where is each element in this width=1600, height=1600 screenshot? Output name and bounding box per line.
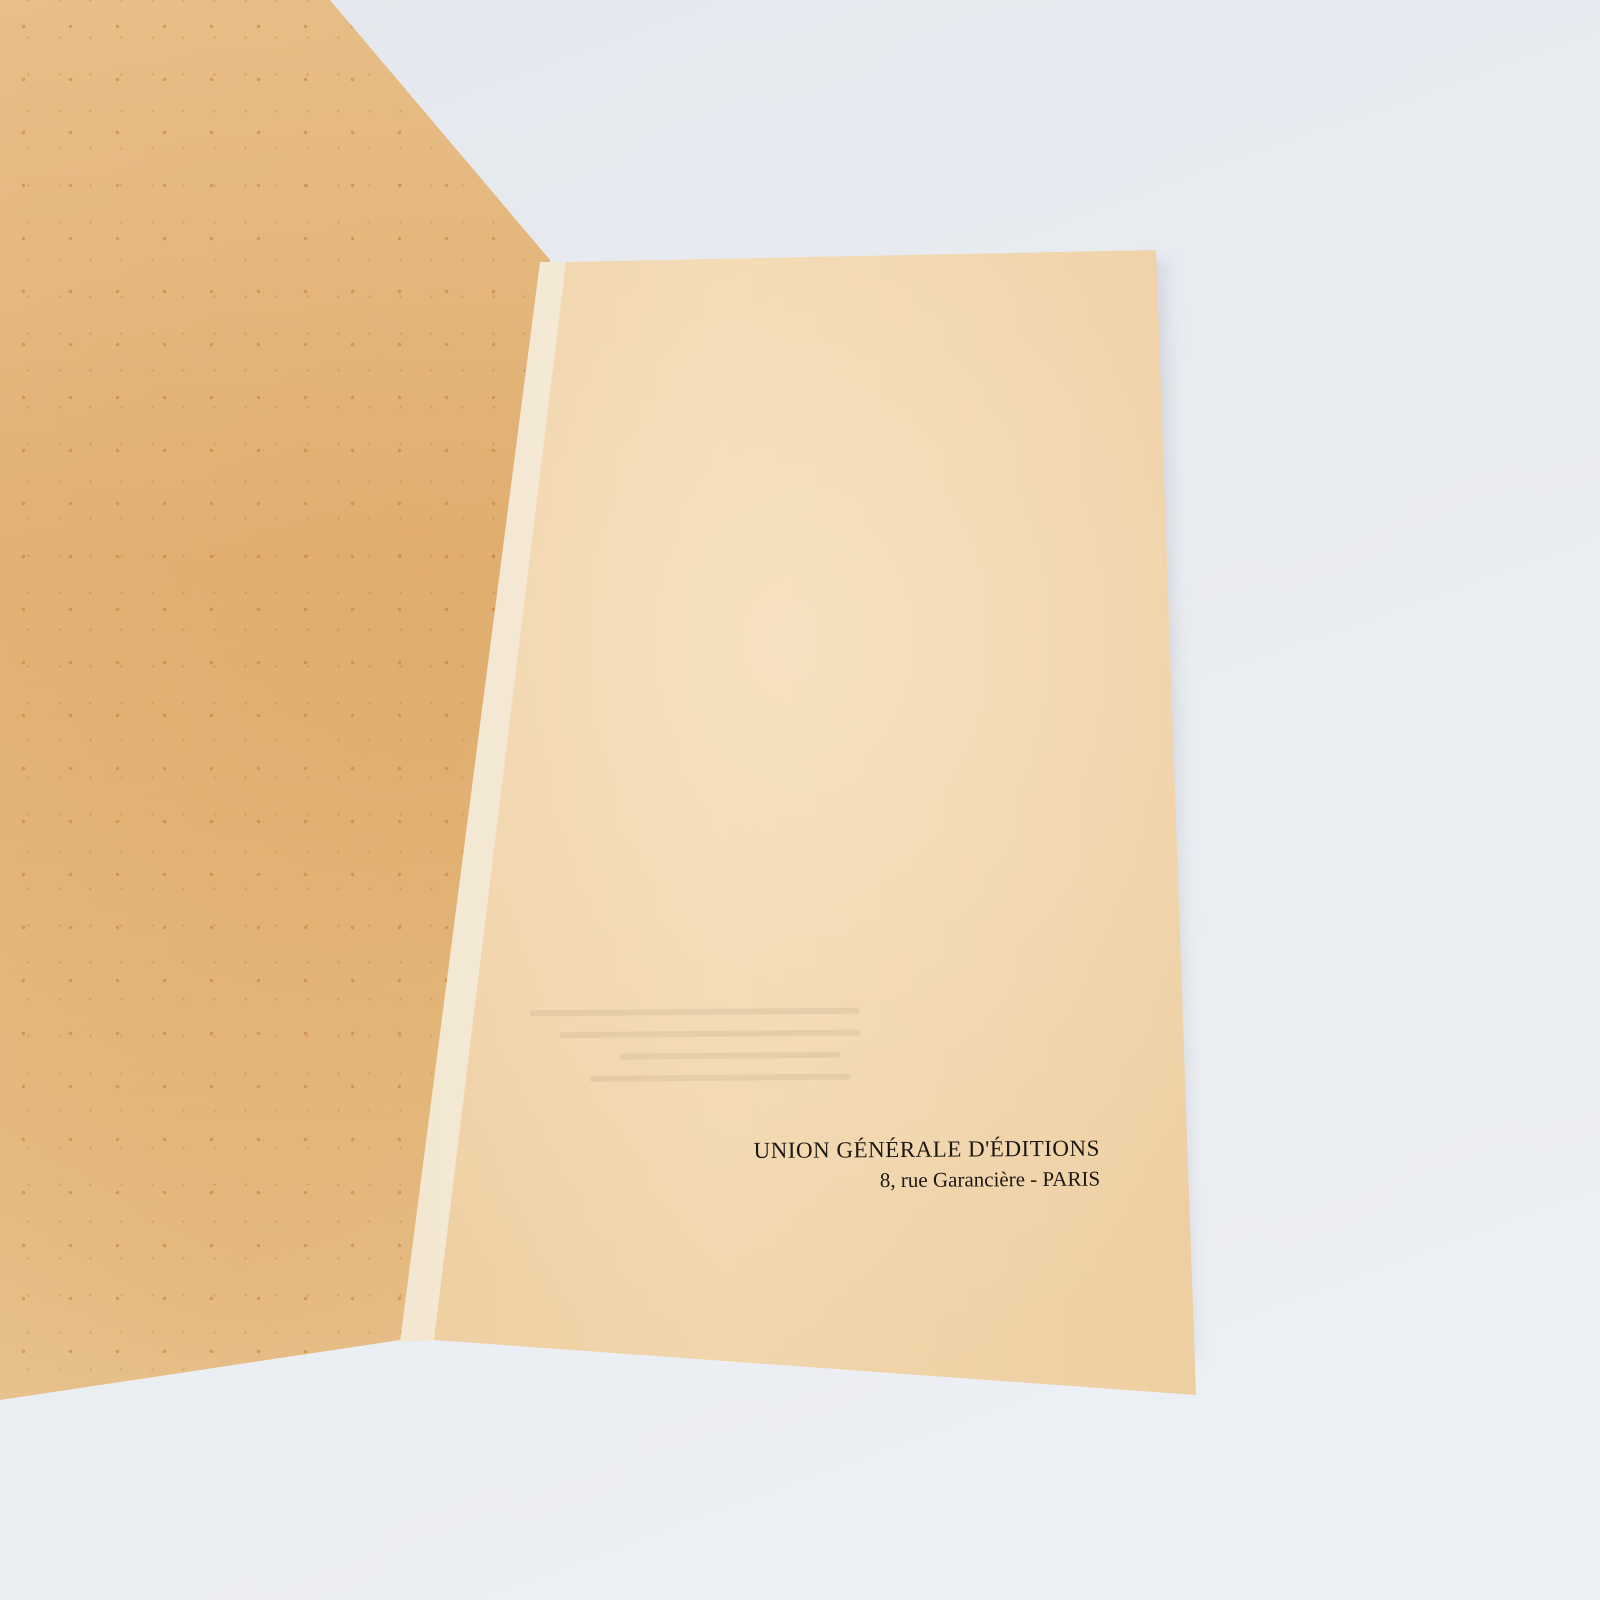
photo-scene: UNION GÉNÉRALE D'ÉDITIONS 8, rue Garanci… [0,0,1600,1600]
publisher-name: UNION GÉNÉRALE D'ÉDITIONS [700,1134,1100,1167]
publisher-address: 8, rue Garancière - PARIS [700,1164,1100,1197]
bleed-through-text [530,998,1091,1091]
publisher-imprint: UNION GÉNÉRALE D'ÉDITIONS 8, rue Garanci… [700,1134,1100,1197]
